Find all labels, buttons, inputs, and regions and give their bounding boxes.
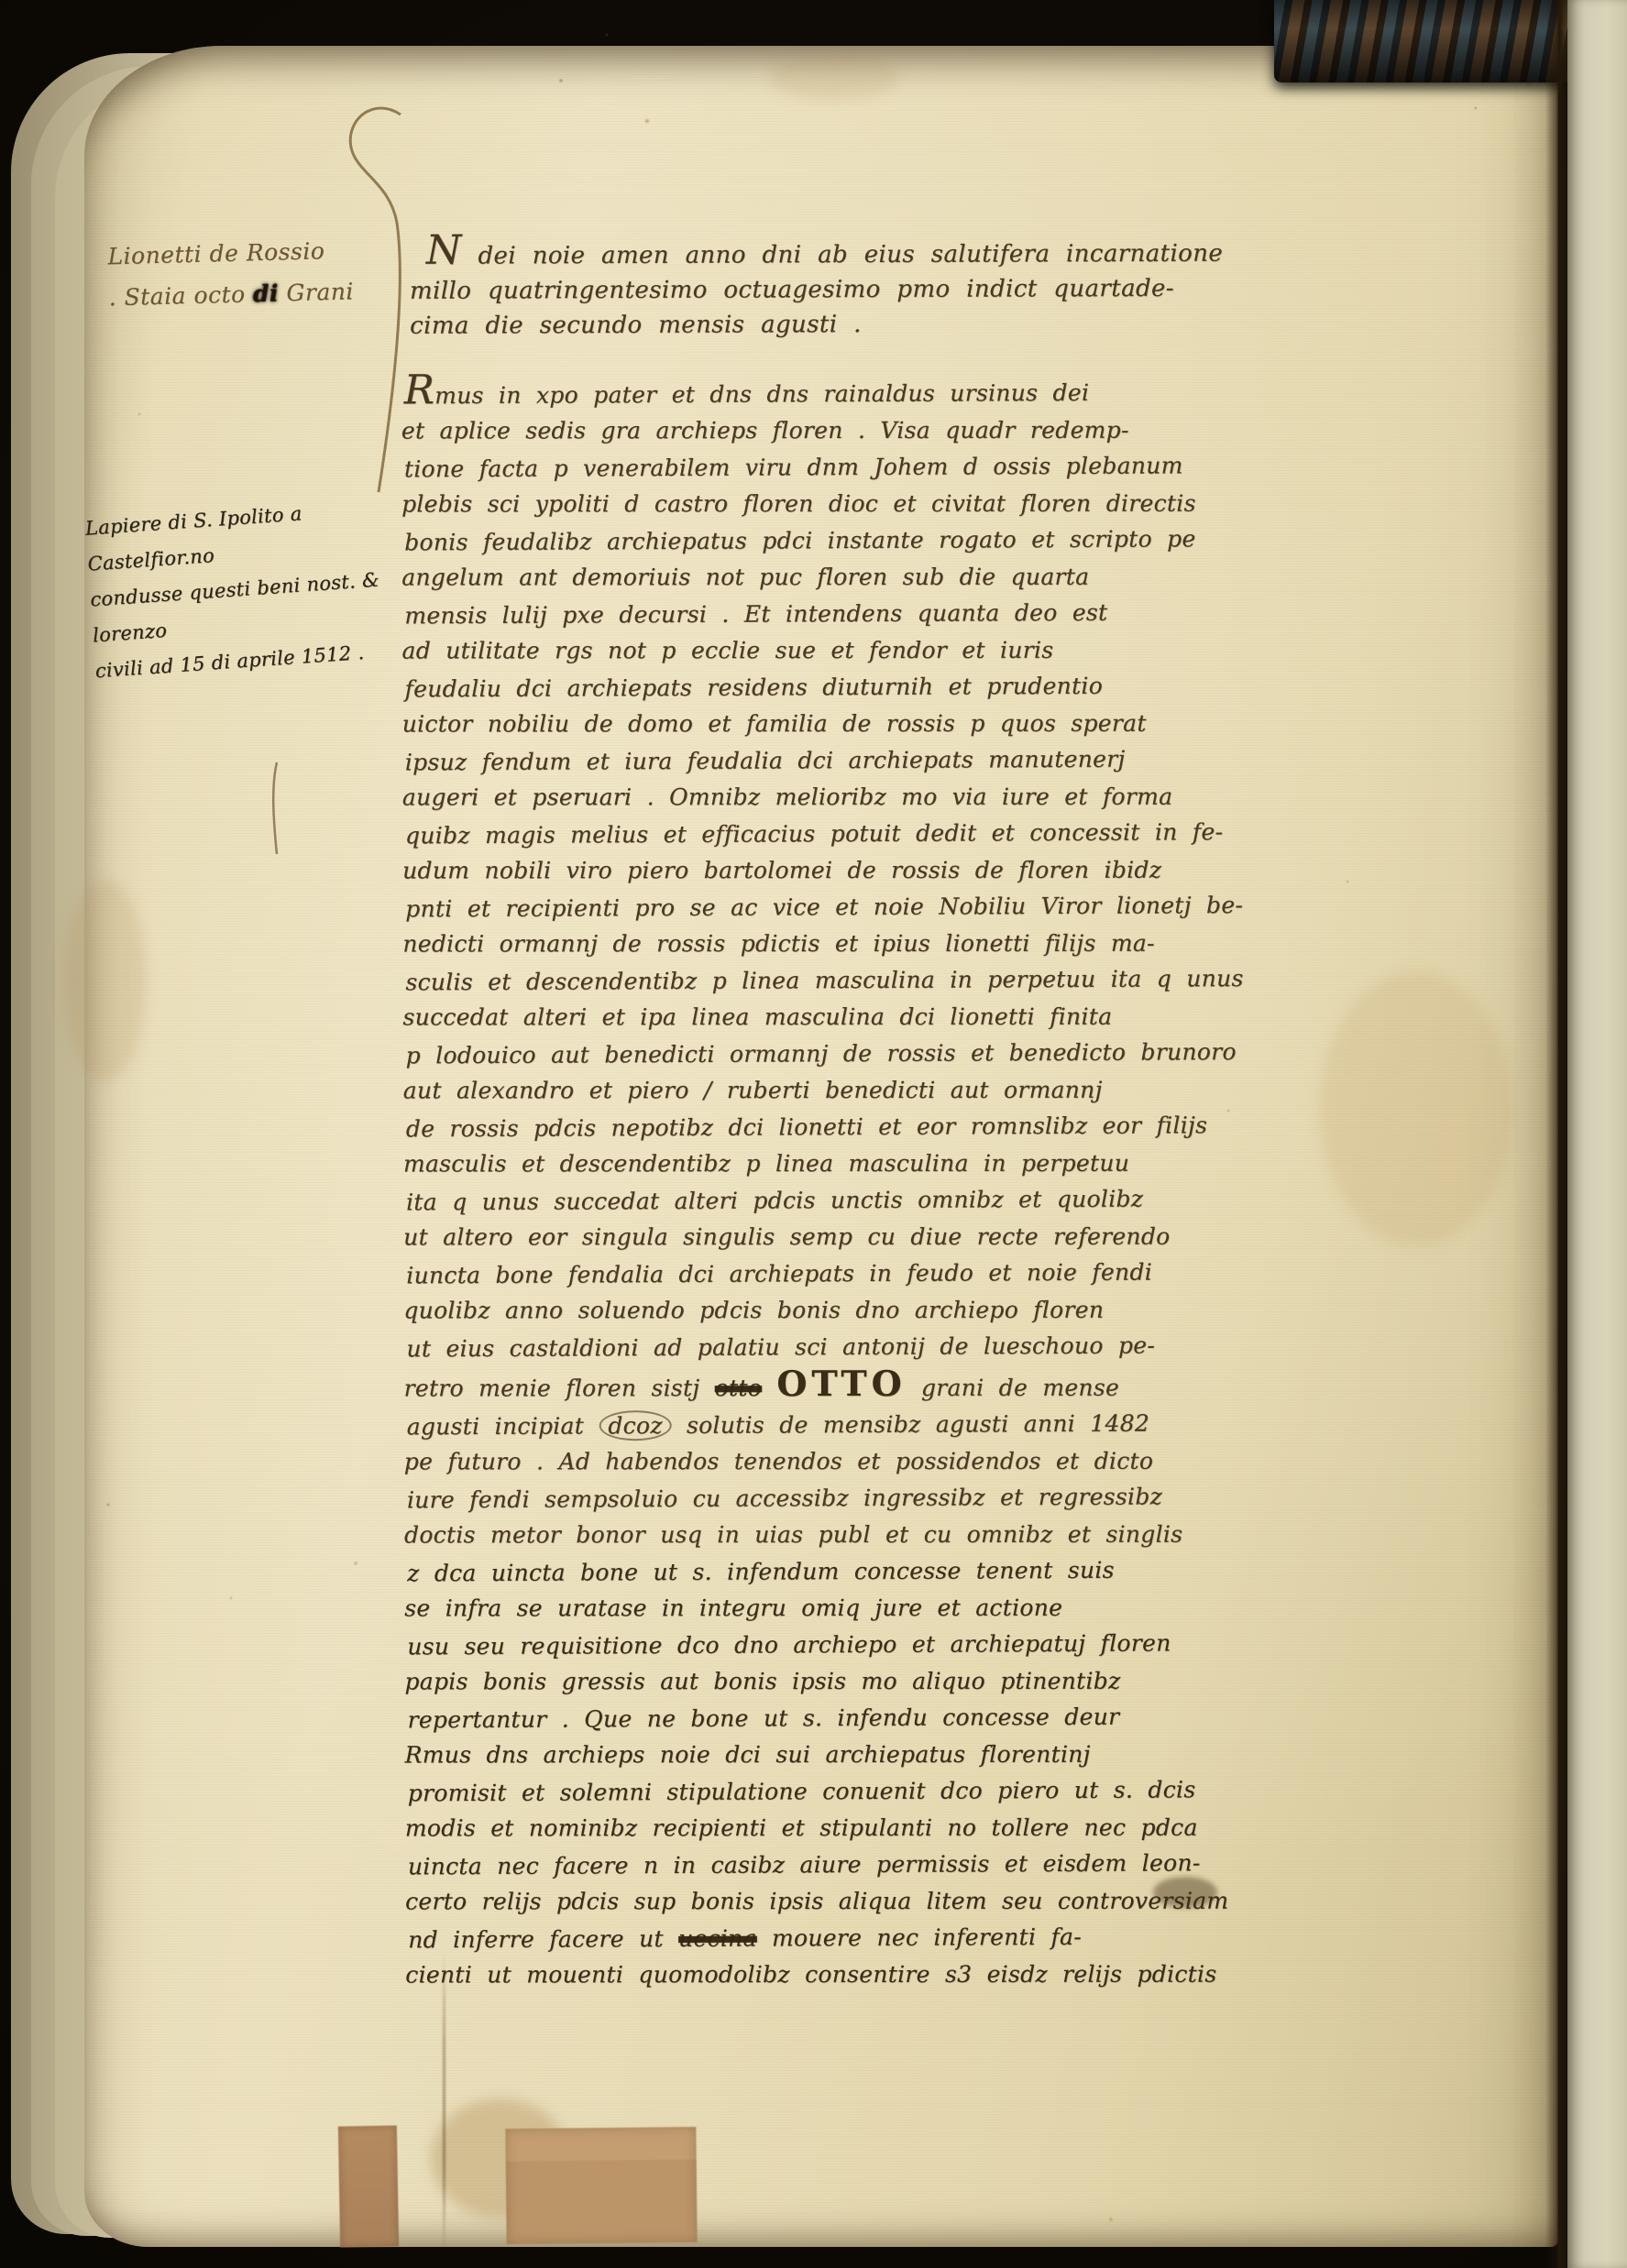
text-run: doctis metor bonor usq in uias publ et c… xyxy=(404,1521,1182,1549)
otto-amount: OTTO xyxy=(776,1363,906,1404)
text-run: uincta nec facere n in casibz aiure perm… xyxy=(408,1849,1201,1879)
text-run: . Staia octo xyxy=(108,280,253,311)
manuscript-text-line: uictor nobiliu de domo et familia de ros… xyxy=(402,706,1328,743)
text-run: ipsuz fendum et iura feudalia dci archie… xyxy=(405,746,1126,776)
text-run: mensis lulij pxe decursi . Et intendens … xyxy=(404,599,1107,630)
text-run: iuncta bone fendalia dci archiepats in f… xyxy=(406,1259,1152,1289)
text-run: ut eius castaldioni ad palatiu sci anton… xyxy=(406,1332,1155,1363)
circled-word: dcoz xyxy=(599,1410,672,1441)
text-run: nedicti ormannj de rossis pdictis et ipi… xyxy=(402,930,1154,958)
manuscript-text-line: bonis feudalibz archiepatus pdci instant… xyxy=(404,520,1330,562)
text-run: promisit et solemni stipulatione conueni… xyxy=(408,1776,1196,1806)
fold-crease xyxy=(443,1952,445,2254)
manuscript-text-line: udum nobili viro piero bartolomei de ros… xyxy=(402,852,1328,890)
text-run: et aplice sedis gra archieps floren . Vi… xyxy=(401,417,1129,444)
text-run: Lapiere di S. Ipolito a Castelfior.no xyxy=(84,502,302,575)
text-run: cienti ut mouenti quomodolibz consentire… xyxy=(405,1961,1216,1989)
manuscript-text-line: agusti incipiat dcoz solutis de mensibz … xyxy=(407,1405,1333,1446)
manuscript-text-line: plebis sci ypoliti d castro floren dioc … xyxy=(401,486,1327,523)
manuscript-text-line: Rmus in xpo pater et dns dns rainaldus u… xyxy=(404,367,1330,415)
text-run: succedat alteri et ipa linea masculina d… xyxy=(403,1003,1113,1031)
text-run: condusse questi beni nost. & lorenzo xyxy=(90,569,380,647)
manuscript-text-line: feudaliu dci archiepats residens diuturn… xyxy=(405,667,1331,708)
text-run: millo quatringentesimo octuagesimo pmo i… xyxy=(410,275,1174,305)
text-run: sculis et descendentibz p linea masculin… xyxy=(405,965,1243,995)
text-run: mus in xpo pater et dns dns rainaldus ur… xyxy=(434,379,1089,409)
manuscript-text-line: masculis et descendentibz p linea mascul… xyxy=(403,1145,1329,1183)
manuscript-text-line: z dca uincta bone ut s. infendum concess… xyxy=(407,1551,1333,1593)
text-run: grani de mense xyxy=(907,1375,1119,1401)
manuscript-text-line: pnti et recipienti pro se ac vice et noi… xyxy=(405,887,1331,928)
text-run: udum nobili viro piero bartolomei de ros… xyxy=(402,857,1161,884)
manuscript-text-line: repertantur . Que ne bone ut s. infendu … xyxy=(407,1698,1333,1739)
manuscript-text-line: promisit et solemni stipulatione conueni… xyxy=(408,1771,1334,1813)
margin-note-attribution: Lionetti de Rossio. Staia octo di Grani xyxy=(107,228,412,319)
text-run: quolibz anno soluendo pdcis bonis dno ar… xyxy=(403,1297,1104,1324)
text-run: repertantur . Que ne bone ut s. infendu … xyxy=(407,1704,1119,1734)
text-run: iure fendi sempsoluio cu accessibz ingre… xyxy=(407,1483,1162,1513)
text-run: nd inferre facere ut xyxy=(408,1925,678,1953)
manuscript-text-line: Rmus dns archieps noie dci sui archiepat… xyxy=(405,1737,1331,1774)
text-run: ita q unus succedat alteri pdcis unctis … xyxy=(406,1186,1143,1216)
repair-tape-left xyxy=(338,2125,399,2247)
manuscript-text-line: . Staia octo di Grani xyxy=(108,269,412,319)
initial-letter: N xyxy=(426,227,462,274)
text-run: retro menie floren sistj xyxy=(404,1375,715,1401)
manuscript-text-line: angelum ant demoriuis not puc floren sub… xyxy=(401,559,1327,597)
text-run: pnti et recipienti pro se ac vice et noi… xyxy=(405,892,1243,922)
manuscript-text-line: certo relijs pdcis sup bonis ipsis aliqu… xyxy=(405,1883,1331,1921)
manuscript-text-line: iuncta bone fendalia dci archiepats in f… xyxy=(406,1254,1332,1295)
text-run: se infra se uratase in integru omiq jure… xyxy=(404,1594,1062,1622)
manuscript-text-line: se infra se uratase in integru omiq jure… xyxy=(404,1590,1330,1627)
manuscript-text-line: doctis metor bonor usq in uias publ et c… xyxy=(404,1517,1330,1554)
manuscript-text-line: et aplice sedis gra archieps floren . Vi… xyxy=(401,412,1327,450)
margin-tick-stroke xyxy=(264,759,286,860)
notarial-text-block: Rmus in xpo pater et dns dns rainaldus u… xyxy=(401,367,1332,1995)
manuscript-photo: { "document": { "kind": "Bound notarial … xyxy=(0,0,1627,2268)
manuscript-text-line: modis et nominibz recipienti et stipulan… xyxy=(405,1810,1331,1847)
struck-word: uecina xyxy=(678,1925,757,1952)
text-run: ad utilitate rgs not p ecclie sue et fen… xyxy=(401,637,1053,664)
text-run: p lodouico aut benedicti ormannj de ross… xyxy=(406,1038,1237,1068)
text-run: cima die secundo mensis agusti . xyxy=(410,311,862,340)
struck-word: otto xyxy=(715,1375,762,1401)
facing-page-edge xyxy=(1567,0,1627,2268)
text-run: papis bonis gressis aut bonis ipsis mo a… xyxy=(404,1668,1120,1695)
manuscript-text-line: cienti ut mouenti quomodolibz consentire… xyxy=(405,1956,1331,1994)
manuscript-text-line: ita q unus succedat alteri pdcis unctis … xyxy=(406,1180,1332,1222)
manuscript-text-line: tione facta p venerabilem viru dnm Johem… xyxy=(404,447,1330,488)
text-run: angelum ant demoriuis not puc floren sub… xyxy=(401,564,1089,591)
manuscript-text-line: nd inferre facere ut uecina mouere nec i… xyxy=(408,1918,1334,1959)
manuscript-text-line: sculis et descendentibz p linea masculin… xyxy=(405,960,1331,1002)
text-run xyxy=(762,1375,776,1401)
text-run: aut alexandro et piero / ruberti benedic… xyxy=(403,1077,1103,1104)
manuscript-text-line: augeri et pseruari . Omnibz melioribz mo… xyxy=(402,779,1328,816)
text-run: pe futuro . Ad habendos tenendos et poss… xyxy=(404,1448,1153,1475)
manuscript-text-line: quolibz anno soluendo pdcis bonis dno ar… xyxy=(403,1292,1329,1330)
text-run: dei noie amen anno dni ab eius salutifer… xyxy=(462,240,1223,270)
water-stain xyxy=(1320,971,1512,1246)
manuscript-text-line: N dei noie amen anno dni ab eius salutif… xyxy=(410,227,1336,274)
text-run: Rmus dns archieps noie dci sui archiepat… xyxy=(405,1741,1091,1769)
top-stain xyxy=(770,55,898,101)
text-run: de rossis pdcis nepotibz dci lionetti et… xyxy=(406,1112,1207,1142)
text-run: quibz magis melius et efficacius potuit … xyxy=(405,818,1223,849)
manuscript-text-line: usu seu requisitione dco dno archiepo et… xyxy=(407,1625,1333,1666)
text-run: plebis sci ypoliti d castro floren dioc … xyxy=(401,490,1196,518)
text-run: uictor nobiliu de domo et familia de ros… xyxy=(402,710,1147,738)
text-run: agusti incipiat xyxy=(407,1412,599,1440)
manuscript-text-line: quibz magis melius et efficacius potuit … xyxy=(405,814,1331,855)
manuscript-text-line: aut alexandro et piero / ruberti benedic… xyxy=(403,1072,1329,1110)
text-run: masculis et descendentibz p linea mascul… xyxy=(403,1150,1129,1178)
manuscript-text-line: retro menie floren sistj otto OTTO grani… xyxy=(404,1365,1330,1408)
text-run: augeri et pseruari . Omnibz melioribz mo… xyxy=(402,783,1172,811)
edge-stain xyxy=(64,880,147,1081)
manuscript-text-line: nedicti ormannj de rossis pdictis et ipi… xyxy=(402,926,1328,963)
text-run: feudaliu dci archiepats residens diuturn… xyxy=(405,673,1104,703)
manuscript-text-line: iure fendi sempsoluio cu accessibz ingre… xyxy=(407,1478,1333,1519)
text-run: certo relijs pdcis sup bonis ipsis aliqu… xyxy=(405,1888,1228,1915)
text-run: tione facta p venerabilem viru dnm Johem… xyxy=(404,452,1183,482)
initial-letter: R xyxy=(404,367,435,413)
manuscript-text-line: mensis lulij pxe decursi . Et intendens … xyxy=(404,594,1330,635)
manuscript-text-line: ut eius castaldioni ad palatiu sci anton… xyxy=(406,1327,1332,1368)
manuscript-text-line: ipsuz fendum et iura feudalia dci archie… xyxy=(405,740,1331,782)
blotted-word: di xyxy=(253,279,280,307)
manuscript-text-line: p lodouico aut benedicti ormannj de ross… xyxy=(406,1034,1332,1075)
text-run: Lionetti de Rossio xyxy=(107,237,325,269)
manuscript-text-line: ut altero eor singula singulis semp cu d… xyxy=(403,1219,1329,1256)
manuscript-text-line: de rossis pdcis nepotibz dci lionetti et… xyxy=(406,1107,1332,1148)
manuscript-text-line: cima die secundo mensis agusti . xyxy=(410,305,1336,344)
text-run: modis et nominibz recipienti et stipulan… xyxy=(405,1814,1198,1842)
text-run: solutis de mensibz agusti anni 1482 xyxy=(672,1410,1149,1439)
manuscript-text-line: uincta nec facere n in casibz aiure perm… xyxy=(408,1845,1334,1886)
manuscript-text-line: succedat alteri et ipa linea masculina d… xyxy=(403,999,1329,1036)
text-run: mouere nec inferenti fa- xyxy=(757,1923,1082,1952)
text-run: z dca uincta bone ut s. infendum concess… xyxy=(407,1557,1115,1587)
manuscript-text-line: pe futuro . Ad habendos tenendos et poss… xyxy=(404,1443,1330,1481)
text-run: bonis feudalibz archiepatus pdci instant… xyxy=(404,525,1196,555)
margin-note-archival: Lapiere di S. Ipolito a Castelfior.nocon… xyxy=(84,488,426,690)
text-run: ut altero eor singula singulis semp cu d… xyxy=(403,1223,1170,1251)
manuscript-text-line: papis bonis gressis aut bonis ipsis mo a… xyxy=(404,1663,1330,1701)
text-run: usu seu requisitione dco dno archiepo et… xyxy=(407,1629,1171,1660)
text-run: Grani xyxy=(279,278,355,306)
repair-tape-right xyxy=(505,2127,697,2244)
manuscript-text-line: ad utilitate rgs not p ecclie sue et fen… xyxy=(401,632,1327,670)
invocation-block: N dei noie amen anno dni ab eius salutif… xyxy=(410,227,1336,344)
manuscript-text-line: millo quatringentesimo octuagesimo pmo i… xyxy=(410,270,1336,309)
